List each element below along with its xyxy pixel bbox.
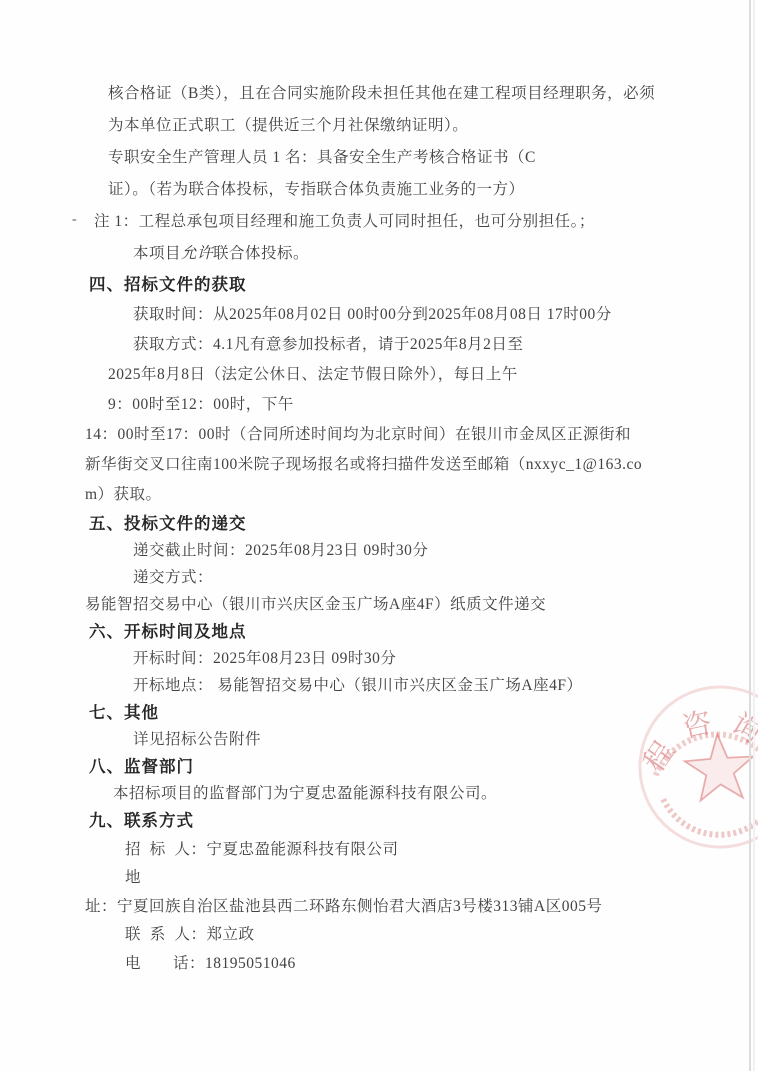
section4-line-5: 14：00时至17：00时（合同所述时间均为北京时间）在银川市金凤区正源街和 xyxy=(85,420,708,450)
section-qualification: 核合格证（B类），且在合同实施阶段未担任其他在建工程项目经理职务，必须 为本单位… xyxy=(85,78,708,270)
intro-line-1: 核合格证（B类），且在合同实施阶段未担任其他在建工程项目经理职务，必须 xyxy=(108,78,708,110)
section6-open-place: 开标地点： 易能智招交易中心（银川市兴庆区金玉广场A座4F） xyxy=(133,672,708,699)
intro-line-4: 证）。（若为联合体投标，专指联合体负责施工业务的一方） xyxy=(108,174,708,206)
margin-stray-mark: - xyxy=(72,212,77,228)
section-bid-opening: 六、开标时间及地点 开标时间：2025年08月23日 09时30分 开标地点： … xyxy=(85,618,708,699)
allow-post: 联合体投标。 xyxy=(213,245,309,262)
section4-acquire-time: 获取时间：从2025年08月02日 00时00分到2025年08月08日 17时… xyxy=(133,300,708,330)
document-content: 核合格证（B类），且在合同实施阶段未担任其他在建工程项目经理职务，必须 为本单位… xyxy=(85,78,708,978)
section7-heading: 七、其他 xyxy=(89,699,708,726)
contact-address: 址：宁夏回族自治区盐池县西二环路东侧怡君大酒店3号楼313铺A区005号 xyxy=(85,893,708,922)
contact-bidder: 招 标 人：宁夏忠盈能源科技有限公司 xyxy=(125,836,708,865)
section-document-acquisition: 四、招标文件的获取 获取时间：从2025年08月02日 00时00分到2025年… xyxy=(85,270,708,510)
section5-method-value: 易能智招交易中心（银川市兴庆区金玉广场A座4F）纸质文件递交 xyxy=(85,591,708,618)
intro-note-line: 注 1：工程总承包项目经理和施工负责人可同时担任，也可分别担任。； xyxy=(94,206,708,238)
scan-page-edge-soft xyxy=(753,0,755,1071)
intro-allow-line: 本项目允许联合体投标。 xyxy=(133,238,708,270)
contact-phone: 电 话：18195051046 xyxy=(125,950,708,979)
section-bid-submission: 五、投标文件的递交 递交截止时间：2025年08月23日 09时30分 递交方式… xyxy=(85,510,708,618)
intro-line-2: 为本单位正式职工（提供近三个月社保缴纳证明）。 xyxy=(108,110,708,142)
section4-line-3: 2025年8月8日（法定公休日、法定节假日除外），每日上午 xyxy=(108,360,708,390)
section6-heading: 六、开标时间及地点 xyxy=(89,618,708,645)
contact-person: 联 系 人：郑立政 xyxy=(125,921,708,950)
section4-heading: 四、招标文件的获取 xyxy=(89,270,708,300)
section5-method-label: 递交方式： xyxy=(133,564,708,591)
allow-emphasis: 允许 xyxy=(181,245,213,262)
scan-page-edge-line xyxy=(749,0,751,1071)
section7-detail: 详见招标公告附件 xyxy=(133,726,708,753)
document-page: - 核合格证（B类），且在合同实施阶段未担任其他在建工程项目经理职务，必须 为本… xyxy=(0,0,758,1071)
contact-address-label: 地 xyxy=(125,864,708,893)
section5-deadline: 递交截止时间：2025年08月23日 09时30分 xyxy=(133,537,708,564)
section8-heading: 八、监督部门 xyxy=(89,753,708,780)
section5-heading: 五、投标文件的递交 xyxy=(89,510,708,537)
section4-acquire-method: 获取方式：4.1凡有意参加投标者，请于2025年8月2日至 xyxy=(133,330,708,360)
section-other: 七、其他 详见招标公告附件 xyxy=(85,699,708,753)
allow-pre: 本项目 xyxy=(133,245,181,262)
section4-line-7: m）获取。 xyxy=(85,480,708,510)
section-contact: 九、联系方式 招 标 人：宁夏忠盈能源科技有限公司 地 址：宁夏回族自治区盐池县… xyxy=(85,807,708,978)
section4-line-4: 9：00时至12：00时，下午 xyxy=(108,390,708,420)
section6-open-time: 开标时间：2025年08月23日 09时30分 xyxy=(133,645,708,672)
intro-line-3: 专职安全生产管理人员 1 名：具备安全生产考核合格证书（C xyxy=(108,142,708,174)
section-supervision: 八、监督部门 本招标项目的监督部门为宁夏忠盈能源科技有限公司。 xyxy=(85,753,708,807)
section4-line-6: 新华街交叉口往南100米院子现场报名或将扫描件发送至邮箱（nxxyc_1@163… xyxy=(85,450,708,480)
section9-heading: 九、联系方式 xyxy=(89,807,708,836)
section8-detail: 本招标项目的监督部门为宁夏忠盈能源科技有限公司。 xyxy=(113,780,708,807)
